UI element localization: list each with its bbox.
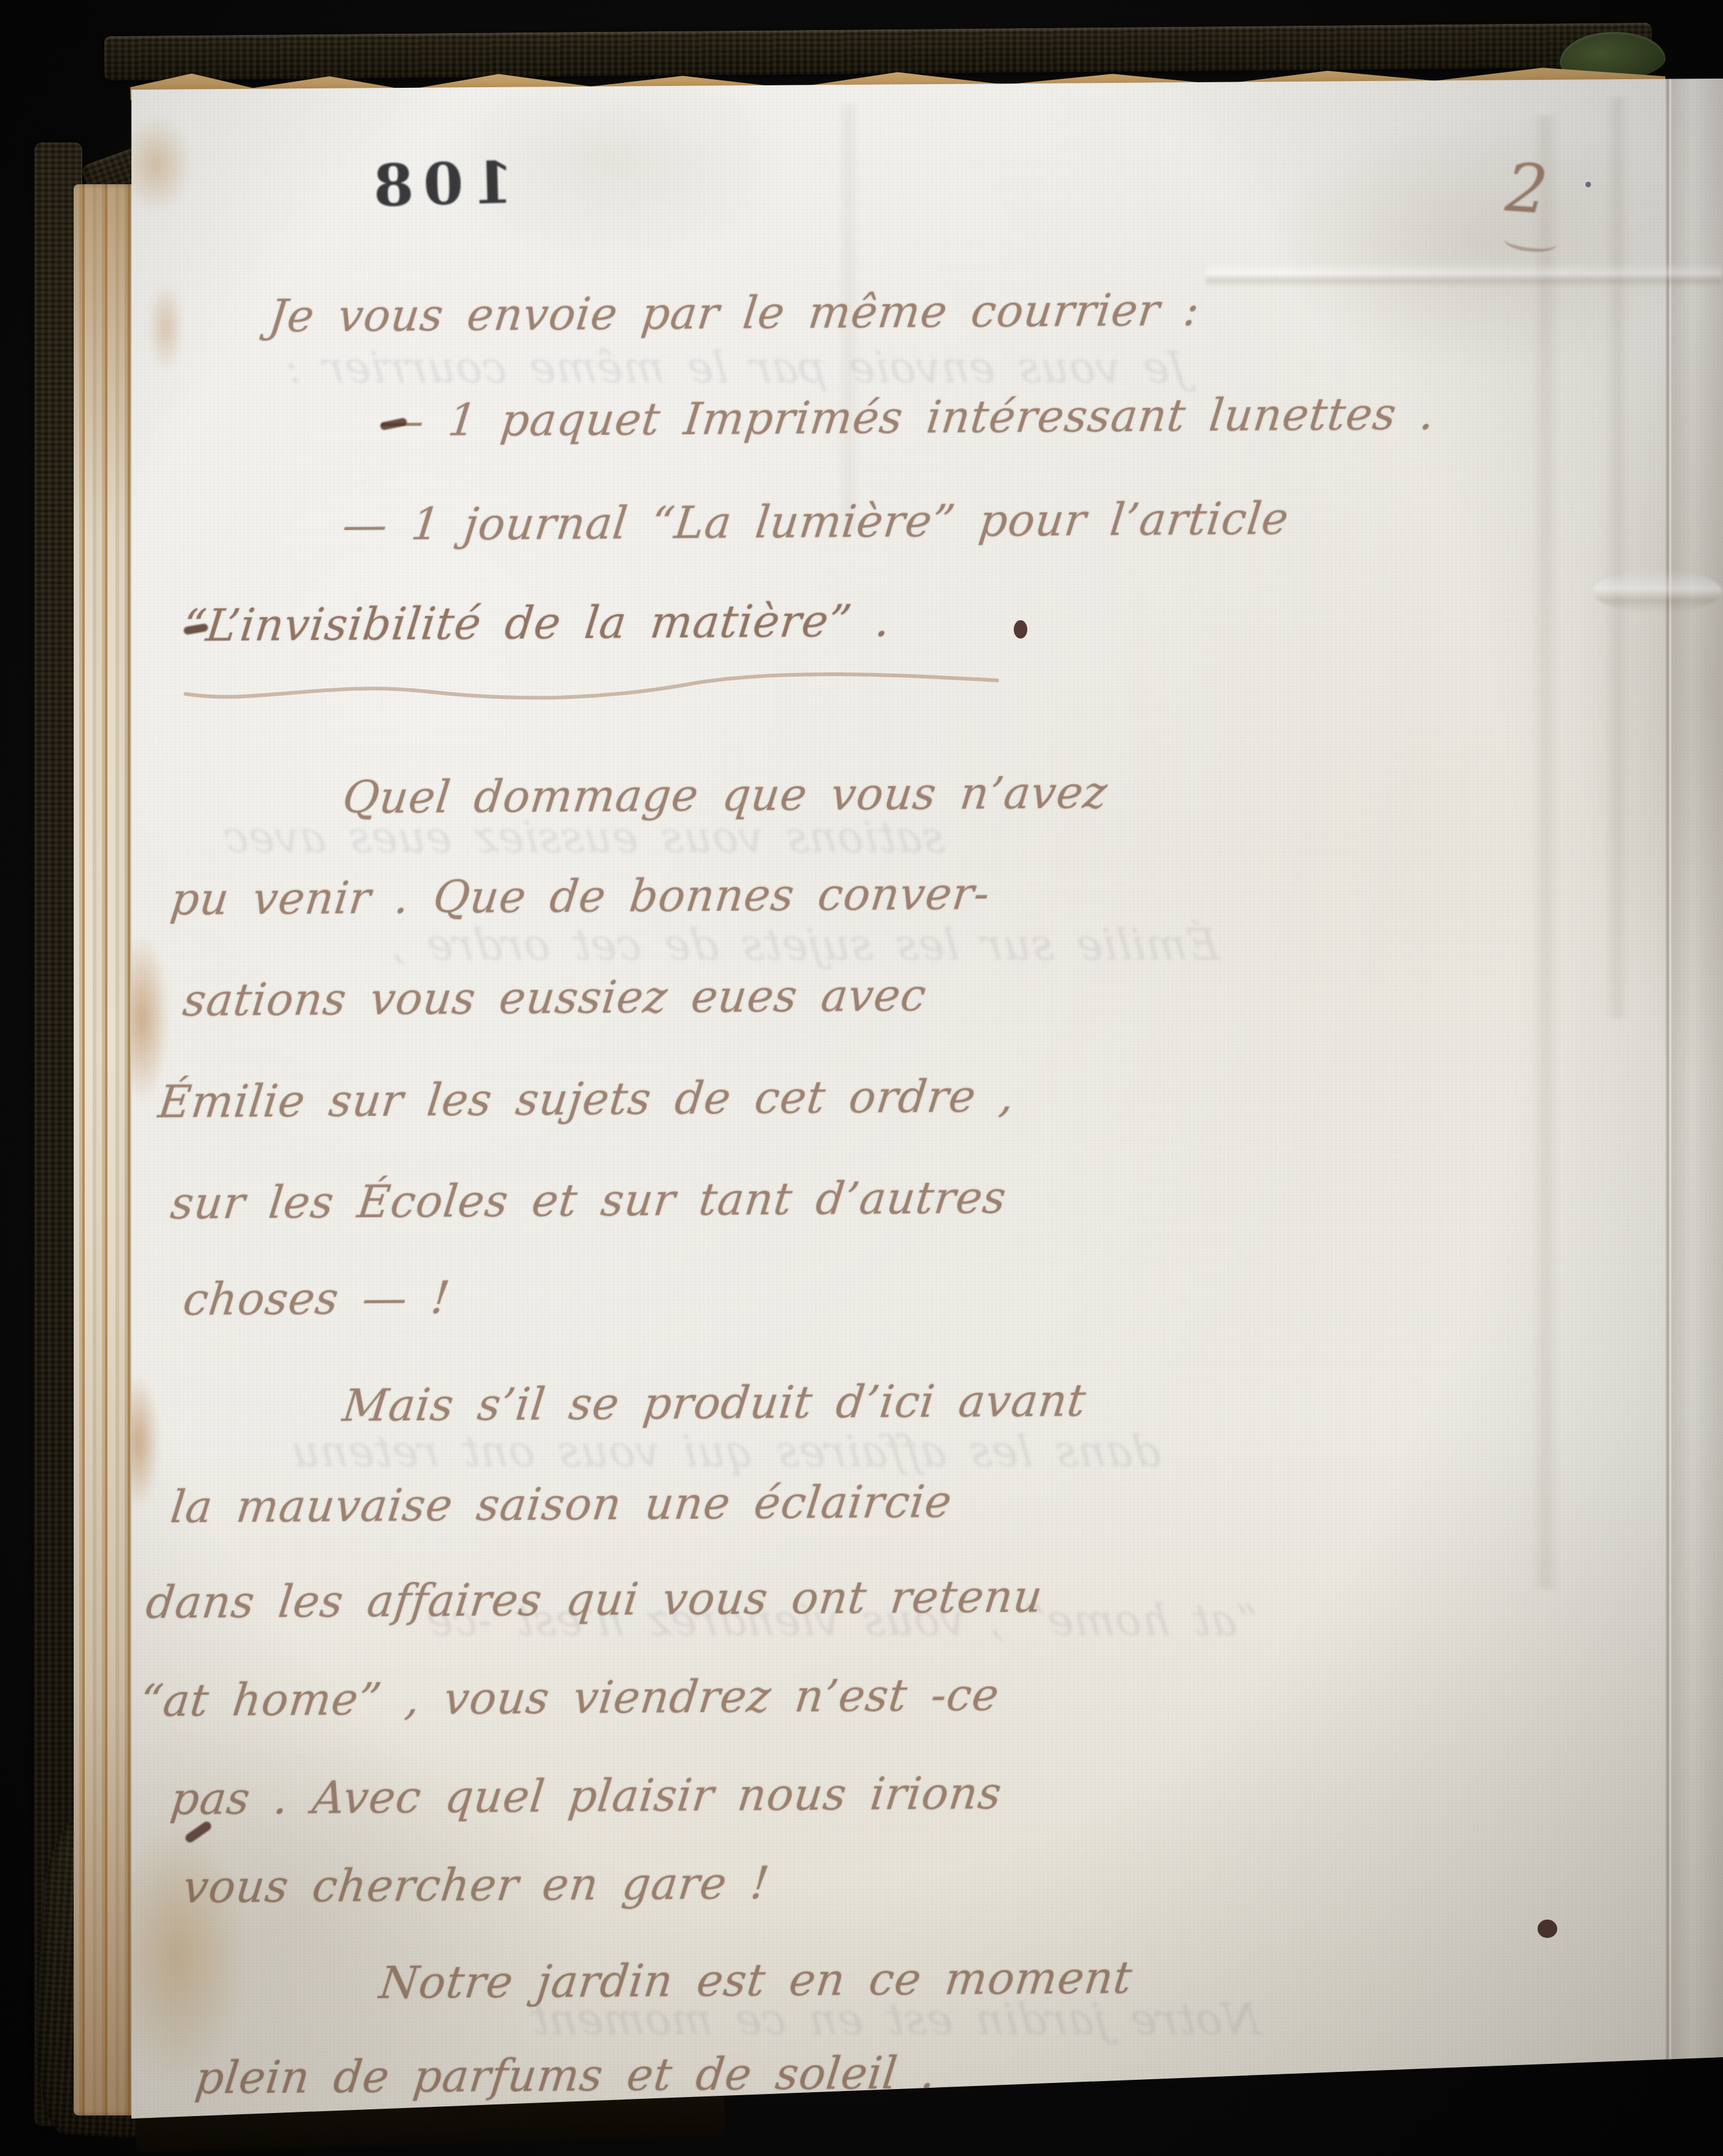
rust-stain (147, 281, 184, 373)
letter-line: choses — ! (181, 1272, 453, 1325)
vertical-crease (1665, 79, 1671, 2123)
letter-line: sur les Écoles et sur tant d’autres (168, 1172, 1009, 1229)
ink-period (1014, 620, 1027, 639)
letter-line: Quel dommage que vous n’avez (340, 767, 1111, 824)
wrinkle (1206, 263, 1722, 287)
ink-bleedthrough: Émilie sur les sujets de cet ordre , (387, 920, 1221, 970)
letter-line: pas . Avec quel plaisir nous irions (168, 1767, 1005, 1824)
letter-line: Mais s’il se produit d’ici avant (340, 1375, 1089, 1431)
wrinkle (1531, 115, 1560, 1589)
manuscript-photo: Je vous envoie par le même courrier : sa… (0, 0, 1723, 2156)
page-edges-left (74, 184, 135, 2115)
letter-line: Je vous envoie par le même courrier : (266, 284, 1203, 343)
ink-bleedthrough: Je vous envoie par le même courrier : (282, 343, 1189, 393)
letter-line: dans les affaires qui vous ont retenu (144, 1571, 1046, 1629)
binding-top-band (104, 23, 1652, 80)
wrinkle (1593, 570, 1722, 613)
wrinkle (1605, 97, 1630, 1018)
adjacent-page-sliver (1671, 79, 1723, 2123)
letter-line: plein de parfums et de soleil . (193, 2047, 939, 2104)
letter-line: la mauvaise saison une éclaircie (168, 1476, 955, 1533)
letter-line: Émilie sur les sujets de cet ordre , (156, 1070, 1017, 1128)
letter-line: sations vous eussiez eues avec (181, 970, 930, 1026)
letter-line: “L’invisibilité de la matière” . (181, 595, 893, 652)
handwritten-page-number: 2 (1503, 150, 1550, 229)
page-number-stamp-mirrored: 108 (363, 149, 515, 220)
title-underline (181, 656, 1003, 711)
letter-line: Notre jardin est en ce moment (377, 1952, 1135, 2009)
letter-line: “at home” , vous viendrez n’est -ce (138, 1669, 1002, 1727)
letter-line: vous chercher en gare ! (181, 1858, 772, 1913)
manuscript-page: Je vous envoie par le même courrier : sa… (131, 79, 1723, 2123)
letter-line: — 1 journal “La lumière” pour l’article (340, 493, 1291, 551)
letter-line: — 1 paquet Imprimés intéressant lunettes… (376, 388, 1437, 447)
ink-blot (1538, 1920, 1557, 1938)
ink-speck (1585, 182, 1591, 187)
letter-line: pu venir . Que de bonnes conver- (168, 868, 993, 925)
ink-bleedthrough: dans les affaires qui vous ont retenu (289, 1426, 1163, 1477)
